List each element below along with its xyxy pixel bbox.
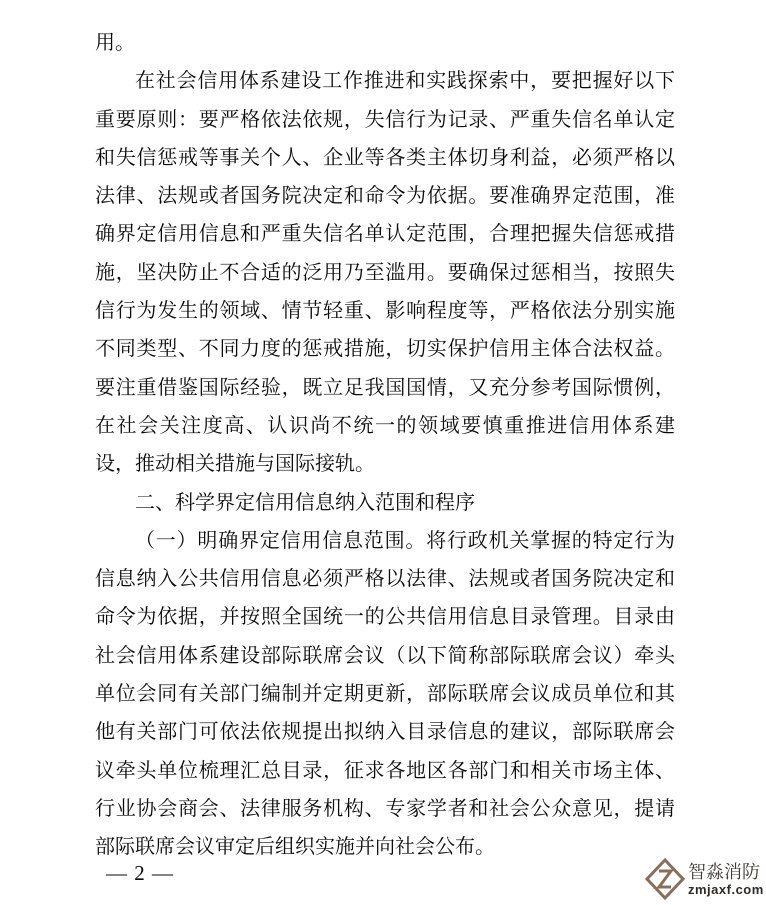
text-line: 命令为依据，并按照全国统一的公共信用信息目录管理。目录由 [95, 598, 675, 636]
document-page: 用。在社会信用体系建设工作推进和实践探索中，要把握好以下重要原则：要严格依法依规… [0, 0, 766, 905]
text-line: 单位会同有关部门编制并定期更新，部际联席会议成员单位和其 [95, 675, 675, 713]
text-line: 信行为发生的领域、情节轻重、影响程度等，严格依法分别实施 [95, 292, 675, 330]
text-line: 施，坚决防止不合适的泛用乃至滥用。要确保过惩相当，按照失 [95, 254, 675, 292]
text-line: 信息纳入公共信用信息必须严格以法律、法规或者国务院决定和 [95, 560, 675, 598]
text-line: 社会信用体系建设部际联席会议（以下简称部际联席会议）牵头 [95, 637, 675, 675]
watermark-domain: zmjaxf.com [688, 882, 764, 897]
text-line: 重要原则：要严格依法依规，失信行为记录、严重失信名单认定 [95, 101, 675, 139]
page-number: — 2 — [106, 858, 174, 888]
text-line: 部际联席会议审定后组织实施并向社会公布。 [95, 828, 675, 866]
text-line: （一）明确界定信用信息范围。将行政机关掌握的特定行为 [95, 522, 675, 560]
text-line: 确界定信用信息和严重失信名单认定范围，合理把握失信惩戒措 [95, 215, 675, 253]
text-line: 要注重借鉴国际经验，既立足我国国情，又充分参考国际惯例， [95, 369, 675, 407]
text-line: 不同类型、不同力度的惩戒措施，切实保护信用主体合法权益。 [95, 330, 675, 368]
section-heading: 二、科学界定信用信息纳入范围和程序 [95, 484, 675, 522]
text-line: 设，推动相关措施与国际接轨。 [95, 445, 675, 483]
text-line: 法律、法规或者国务院决定和命令为依据。要准确界定范围，准 [95, 177, 675, 215]
diamond-z-logo-icon [645, 858, 685, 900]
text-line: 用。 [95, 24, 675, 62]
text-line: 在社会信用体系建设工作推进和实践探索中，要把握好以下 [95, 62, 675, 100]
watermark-brand: 智淼消防 [688, 862, 764, 882]
text-line: 他有关部门可依法依规提出拟纳入目录信息的建议，部际联席会 [95, 713, 675, 751]
text-line: 行业协会商会、法律服务机构、专家学者和社会公众意见，提请 [95, 790, 675, 828]
watermark: 智淼消防 zmjaxf.com [645, 858, 764, 900]
text-line: 议牵头单位梳理汇总目录，征求各地区各部门和相关市场主体、 [95, 752, 675, 790]
watermark-text: 智淼消防 zmjaxf.com [688, 862, 764, 897]
text-line: 和失信惩戒等事关个人、企业等各类主体切身利益，必须严格以 [95, 139, 675, 177]
document-lines: 用。在社会信用体系建设工作推进和实践探索中，要把握好以下重要原则：要严格依法依规… [95, 24, 675, 867]
text-line: 在社会关注度高、认识尚不统一的领域要慎重推进信用体系建 [95, 407, 675, 445]
